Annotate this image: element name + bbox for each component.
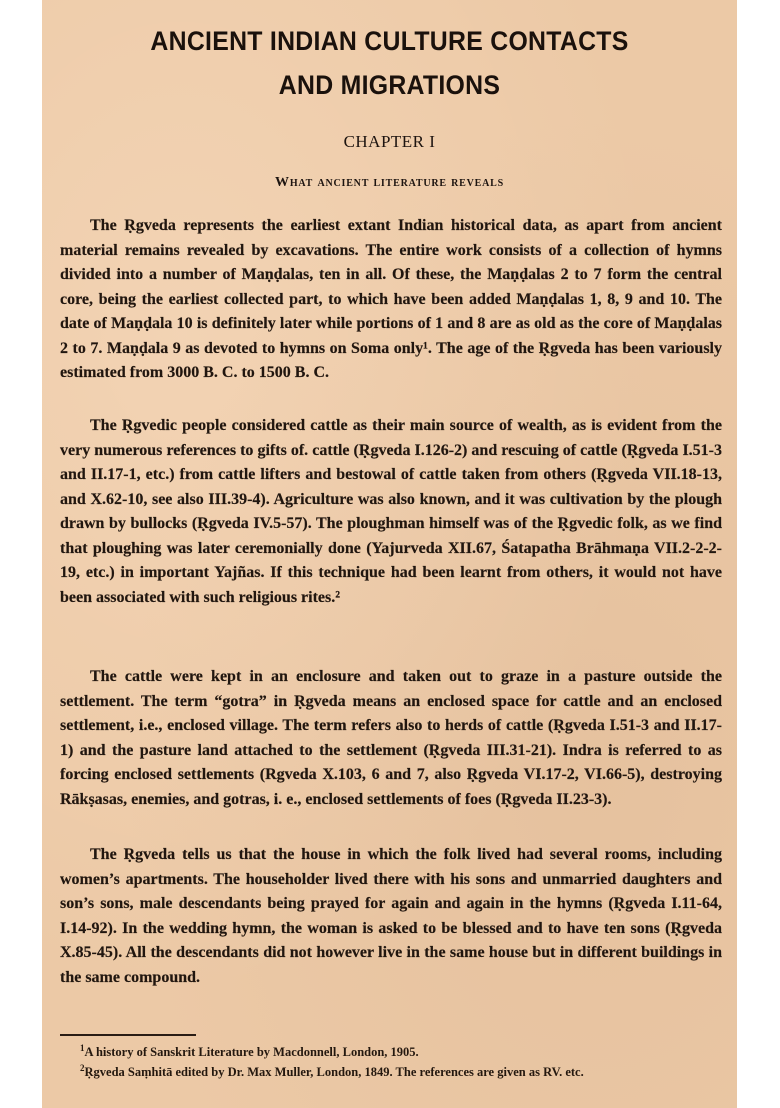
footnote-divider	[60, 1034, 196, 1036]
footnote-text: A history of Sanskrit Literature by Macd…	[85, 1045, 419, 1059]
paragraph-text: The Ṛgvedic people considered cattle as …	[60, 414, 722, 610]
book-title-line-1: ANCIENT INDIAN CULTURE CONTACTS	[70, 26, 709, 57]
footnote-1: 1A history of Sanskrit Literature by Mac…	[60, 1042, 722, 1062]
book-page: ANCIENT INDIAN CULTURE CONTACTS AND MIGR…	[42, 0, 737, 1108]
footnotes: 1A history of Sanskrit Literature by Mac…	[60, 1042, 722, 1082]
chapter-heading: CHAPTER I	[42, 132, 737, 152]
book-title-line-2: AND MIGRATIONS	[70, 70, 709, 101]
paragraph-gotra: The cattle were kept in an enclosure and…	[60, 665, 722, 812]
paragraph-text: The Ṛgveda represents the earliest extan…	[60, 214, 722, 386]
section-title: What ancient literature reveals	[42, 175, 737, 191]
footnote-text: Ṛgveda Saṃhitā edited by Dr. Max Muller,…	[85, 1065, 584, 1079]
paragraph-cattle-wealth: The Ṛgvedic people considered cattle as …	[60, 414, 722, 610]
paragraph-house: The Ṛgveda tells us that the house in wh…	[60, 843, 722, 990]
paragraph-text: The cattle were kept in an enclosure and…	[60, 665, 722, 812]
footnote-2: 2Ṛgveda Saṃhitā edited by Dr. Max Muller…	[60, 1062, 722, 1082]
paragraph-text: The Ṛgveda tells us that the house in wh…	[60, 843, 722, 990]
paragraph-rgveda-intro: The Ṛgveda represents the earliest extan…	[60, 214, 722, 386]
